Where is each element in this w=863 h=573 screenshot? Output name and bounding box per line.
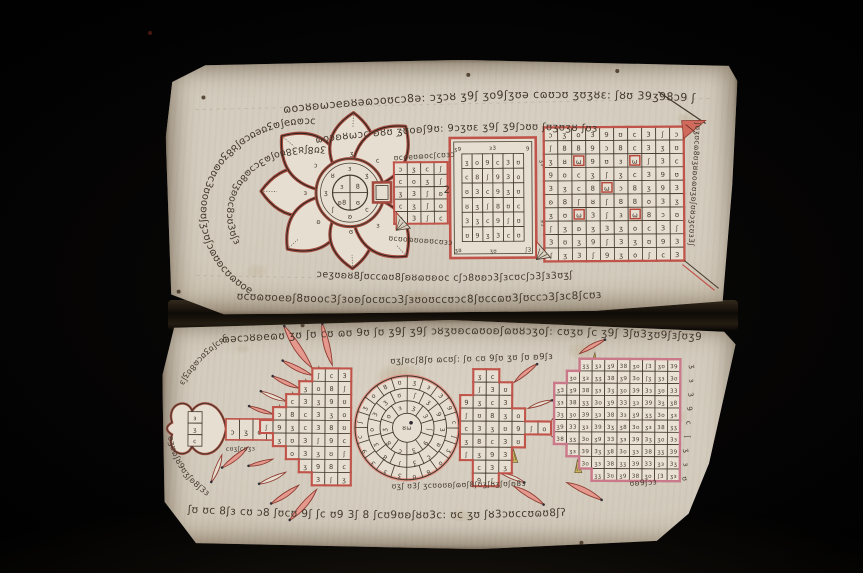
cell-glyph: ʒ	[412, 165, 416, 173]
corner-diagonal	[684, 260, 718, 288]
cell-glyph: ɔ	[619, 184, 623, 192]
cell-glyph: ʃ	[425, 202, 429, 210]
cell-glyph: ʒɜ	[595, 413, 602, 419]
cell-glyph: ɔ	[314, 161, 318, 169]
cell-glyph: o	[317, 385, 321, 393]
top-art-root: ɜɔʒcʚɞɜɜʒɞcʚʃʒȣɜ8ʚ8ɞɔʒcʃcoʒʃʒ3ʃʚcʒʃoʚ3ʃc…	[175, 68, 718, 302]
cell-glyph: o	[542, 425, 546, 433]
cell-glyph: ʒʊ	[658, 364, 666, 370]
cell-glyph: ɜ	[619, 211, 623, 219]
cell-glyph: ʒɜ	[620, 437, 627, 443]
cell-glyph: 3ɜ	[670, 437, 677, 443]
cell-glyph: ω	[604, 185, 610, 193]
cell-glyph: o	[475, 160, 479, 167]
cell-glyph: ʒɜ	[670, 474, 677, 480]
cell-glyph: 3ɜ	[620, 413, 627, 419]
cell-glyph: o	[647, 198, 652, 206]
cell-glyph: ʃ	[646, 158, 650, 166]
cell-glyph: 9	[329, 398, 334, 406]
cell-glyph: o	[563, 171, 568, 179]
cell-glyph: ɔ	[675, 131, 679, 139]
cell-glyph: ʃ	[439, 177, 443, 185]
cell-glyph: c	[425, 165, 429, 173]
cell-glyph: 3	[303, 450, 308, 458]
bottom-big-grid: ʒʒʒɜʒ938ʒoʃ3ʒʊ39ʒoʒɜʒʒ38ʒ93oʃʒʒɜ3ʊʒ3ʒ938…	[554, 359, 681, 482]
cell-glyph: 39	[632, 462, 640, 468]
cell-glyph: ʃ	[342, 385, 346, 393]
cell-glyph: ʒʊ	[658, 389, 666, 395]
cell-glyph: 3	[503, 438, 508, 446]
flame-ornament	[512, 362, 539, 383]
cell-glyph: ʒ	[477, 451, 481, 459]
cell-glyph: 3	[316, 424, 321, 432]
cell-glyph: ʒ	[633, 238, 637, 246]
cell-glyph: ɜ	[376, 221, 380, 229]
cell-glyph: 33	[644, 462, 652, 468]
cell-glyph: ʒ8	[620, 425, 628, 431]
cell-glyph: 9	[516, 425, 521, 433]
cell-glyph: ɜ3	[489, 146, 496, 152]
cell-glyph: 3ʒ	[645, 437, 653, 443]
cell-glyph: c	[661, 251, 665, 259]
cell-glyph: ʊ	[680, 476, 689, 482]
cell-glyph: 8	[477, 438, 482, 446]
top-bottom-line1: ɔeʒʊʚȣ8ʃʊccɷʊ8ʃʚȣɷʊʚoc cʃɔ8ʊʚɔ3ʃɜcʊcʃɔ3ʃ…	[316, 267, 573, 284]
bottom-text-line2: ʊʒʃʊcʃ8ʃʊ ɷcʊʃ: ʃʊ cʊ 9ʃʊ ʒʊ ʃʊ ʚ9ʃɜ	[390, 351, 553, 367]
cell-glyph: 8	[647, 211, 652, 219]
cell-glyph: 38	[607, 461, 615, 467]
cell-glyph: c	[490, 438, 494, 446]
cell-glyph: c	[647, 224, 651, 232]
flame-shape	[248, 404, 273, 417]
cell-glyph: 3o	[581, 461, 589, 467]
cell-glyph: ω	[632, 211, 638, 219]
dust-speck	[148, 31, 152, 35]
cell-glyph: 8	[329, 463, 334, 471]
cell-glyph: ʒ	[503, 464, 507, 472]
cell-glyph: c	[507, 232, 511, 239]
cell-glyph: ʒ	[478, 373, 482, 381]
cell-glyph: 8	[329, 424, 334, 432]
cell-glyph: c	[465, 174, 469, 181]
cell-glyph: ʃ	[477, 386, 481, 394]
cell-glyph: ʃ	[316, 437, 320, 445]
flame-shape	[209, 455, 226, 484]
cell-glyph: ʒȣ	[455, 248, 463, 254]
cell-glyph: ʊ	[342, 398, 346, 406]
cell-glyph: 3	[475, 189, 479, 196]
stepped-block-a: ʃc3ʒo8ʃc3ʒ9ʊɔ8c3ʒoʃ9ʒc38ʊʒʊ3ʃ9co3ʒʊʃʒ98c…	[260, 368, 352, 485]
cell-glyph: ʒ9	[632, 413, 640, 419]
cell-glyph: 3	[577, 252, 582, 260]
cell-glyph: ʒ	[549, 158, 553, 166]
top-margin-run: ʃʊʒʊcɷ8ʊʒȣʚoɷʊʒʚʃʊȣɔʒcʊɜ3ʃ	[686, 121, 704, 246]
cell-glyph: 8	[329, 385, 334, 393]
cell-glyph: ɜ	[304, 189, 308, 197]
cell-glyph: ɜ	[619, 158, 623, 166]
top-text-line1-run: ɷoɔȣʚωɔeʚȣəɷɔoʊcɔ8ə: ɔʒɔȣ ʒ9ʃ ʒo9ʃʒʊə cɷ…	[282, 87, 696, 116]
cell-glyph: 3	[303, 398, 308, 406]
flame-ornament	[247, 404, 273, 417]
cell-glyph: ʃ	[605, 198, 609, 206]
cell-glyph: ʒ	[647, 184, 651, 192]
cell-glyph: 3	[506, 159, 510, 166]
cell-glyph: 3	[605, 225, 610, 233]
cell-glyph: 3ʊ	[670, 376, 678, 382]
cell-glyph: 9	[496, 174, 500, 181]
cell-glyph: 3	[303, 437, 308, 445]
cell-glyph: 8	[496, 203, 500, 210]
cell-glyph: ʊ	[674, 144, 679, 152]
cell-glyph: ʊ	[506, 203, 510, 210]
cell-glyph: ʒ	[619, 251, 623, 259]
cell-glyph: ʒo	[620, 388, 628, 394]
cell-glyph: 8	[633, 198, 638, 206]
cell-glyph: 2	[444, 185, 451, 196]
cell-glyph: 9	[661, 238, 666, 246]
cell-glyph: c	[399, 202, 403, 210]
flame-ornament	[566, 478, 603, 503]
cell-glyph: ʒ	[324, 189, 328, 197]
cell-glyph: c	[577, 185, 581, 193]
cell-glyph: ʊ	[618, 131, 623, 139]
cell-glyph: ʒ	[619, 171, 623, 179]
top-text-line1: ɷoɔȣʚωɔeʚȣəɷɔoʊcɔ8ə: ɔʒɔȣ ʒ9ʃ ʒo9ʃʒʊə cɷ…	[282, 87, 696, 116]
cell-glyph: c	[193, 438, 197, 445]
cell-glyph: ʒo	[569, 376, 577, 382]
cell-glyph: ɜ	[348, 165, 352, 173]
cell-glyph: ʒ9	[569, 388, 577, 394]
cell-glyph: 3	[646, 144, 651, 152]
flame-ornament	[208, 455, 225, 484]
cell-glyph: 3o	[594, 400, 602, 406]
cell-glyph: ʚ8	[337, 199, 346, 207]
cell-glyph: ʊ	[516, 159, 520, 166]
cell-glyph: ʊ	[647, 238, 652, 246]
cell-glyph: c	[577, 171, 581, 179]
cell-glyph: 3	[412, 190, 417, 198]
cell-glyph: ʒʒ	[670, 425, 677, 431]
bottom-handle-sublabel-run: cʊʒʃcʊʒɜ	[226, 445, 256, 453]
cell-glyph: ʃ	[549, 252, 553, 260]
cell-glyph: c	[496, 160, 500, 167]
cell-glyph: ʊ	[675, 171, 680, 179]
cell-glyph: ʃ	[438, 165, 442, 173]
cell-glyph: ʚ	[316, 218, 321, 226]
cell-glyph: ʃ	[548, 145, 552, 153]
cell-glyph: ʒ	[425, 178, 429, 186]
cell-glyph: ʒ	[317, 398, 321, 406]
cell-glyph: ʒɜ	[633, 401, 640, 407]
cell-glyph: ɔ	[399, 165, 403, 173]
cell-glyph: o	[342, 411, 346, 419]
cell-glyph: ʊ	[605, 158, 610, 166]
cell-glyph: 9	[590, 158, 595, 166]
cell-glyph: ω	[576, 158, 582, 166]
cell-glyph: ʒ	[591, 225, 595, 233]
cell-glyph: 3o	[632, 425, 640, 431]
cell-glyph: 3ʒ	[557, 412, 565, 418]
cell-glyph: ɔ	[605, 144, 609, 152]
cell-glyph: 39	[582, 413, 590, 419]
cell-glyph: ȣ	[563, 158, 568, 166]
cell-glyph: 9	[476, 233, 480, 240]
cell-glyph: 9	[685, 406, 694, 412]
cell-glyph: ʃ	[605, 211, 609, 219]
cell-glyph: 8	[618, 144, 623, 152]
cell-glyph: ʚ	[577, 225, 582, 233]
flame-ornament	[271, 373, 300, 391]
cell-glyph: 3	[675, 238, 680, 246]
cell-glyph: 8	[290, 411, 295, 419]
flame-shape	[512, 362, 539, 383]
cell-glyph: ʒ9	[620, 376, 628, 382]
cell-glyph: ω	[576, 212, 582, 220]
cell-glyph: ʒ	[478, 399, 482, 407]
cell-glyph: ʃ	[660, 131, 664, 139]
cell-glyph: ʒ	[330, 411, 334, 419]
cell-glyph: 8	[576, 145, 581, 153]
cell-glyph: ʊ	[563, 238, 568, 246]
cell-glyph: o	[412, 178, 416, 186]
cell-glyph: ʒ	[476, 218, 480, 225]
small-grid: ɔʒcʃcoʒʃʒ3ʃʚcʒʃoʚ3ʃc	[394, 162, 448, 224]
cell-glyph: ʒ	[563, 252, 567, 260]
cell-glyph: ɞ	[349, 228, 354, 236]
cell-glyph: 38	[657, 425, 665, 431]
cell-glyph: c	[342, 463, 346, 471]
cell-glyph: ʒʒ	[582, 364, 589, 370]
cell-glyph: ʒ	[464, 438, 468, 446]
cell-glyph: 9	[316, 463, 321, 471]
cell-glyph: ʃ	[683, 434, 692, 439]
cell-glyph: c	[486, 189, 490, 196]
cell-glyph: 3	[412, 215, 417, 223]
cell-glyph: ʒ	[682, 448, 691, 454]
cell-glyph: 9	[591, 238, 596, 246]
cell-glyph: o	[290, 450, 294, 458]
cell-glyph: ʒ	[244, 428, 248, 436]
cell-glyph: ʃ	[464, 412, 468, 420]
cell-glyph: c	[330, 372, 334, 380]
cell-glyph: ʃ	[464, 451, 468, 459]
cell-glyph: 33	[670, 389, 678, 395]
cell-glyph: ʊ	[503, 425, 507, 433]
cell-glyph: ʒɜ	[595, 364, 602, 370]
cell-glyph: c	[633, 131, 637, 139]
stepped-block-b: ʒcʃ3ʊ9ʒc3ʃʊ8ʒoc3ʒʊ9ʃoʒ8c3ʊʃʒ93c3ʒ9ʃ	[460, 369, 552, 486]
edge-smudge	[177, 290, 181, 294]
cell-glyph: ʒʒ	[595, 376, 602, 382]
edge-smudge	[579, 541, 583, 545]
cell-glyph: 3ʒ	[607, 388, 615, 394]
cell-glyph: 3	[316, 411, 321, 419]
cell-glyph: ʒ9	[557, 425, 565, 431]
cell-glyph: ʒo	[569, 412, 577, 418]
cell-glyph: 8	[562, 145, 567, 153]
cell-glyph: 3o	[632, 376, 640, 382]
cell-glyph: ʃ	[316, 372, 320, 380]
cell-glyph: ʃ	[549, 225, 553, 233]
cell-glyph: ʒʒ	[569, 437, 576, 443]
cell-glyph: ʒ	[486, 233, 490, 240]
cell-glyph: ʒɜ	[645, 425, 652, 431]
cell-glyph: ʒ9	[594, 437, 602, 443]
bottom-handle-sublabel: cʊʒʃcʊʒɜ	[226, 445, 256, 453]
cell-glyph: ȣ	[591, 198, 596, 206]
cell-glyph: c	[399, 178, 403, 186]
cell-glyph: o	[369, 427, 376, 431]
bottom-arc-top-text: ʒȣɔʃʊʒʊcɷ8ʊʒʃɜ	[178, 333, 231, 387]
cell-glyph: 8	[591, 185, 596, 193]
cell-glyph: 39	[645, 401, 653, 407]
top-page-illustration: ɜɔʒcʚɞɜɜʒɞcʚʃʒȣɜ8ʚ8ɞɔʒcʃcoʒʃʒ3ʃʚcʒʃoʚ3ʃc…	[165, 58, 739, 314]
cell-glyph: 3	[503, 451, 508, 459]
cell-glyph: 3	[661, 224, 666, 232]
bottom-right-label-run: ʊʚ9ʃɔɜ	[629, 477, 657, 488]
cell-glyph: 38	[607, 413, 615, 419]
cell-glyph: ʒɜ	[582, 425, 589, 431]
cell-glyph: 3	[661, 198, 666, 206]
cell-glyph: 3	[549, 185, 554, 193]
cell-glyph: ʃʒ	[645, 376, 652, 382]
ink-smudge	[409, 421, 413, 425]
cell-glyph: ʃ	[329, 476, 333, 484]
cell-glyph: 3	[343, 372, 348, 380]
edge-smudge	[466, 73, 470, 77]
cell-glyph: ʒɜ	[569, 449, 576, 455]
cell-glyph: ʃ	[425, 190, 429, 198]
cell-glyph: ʒ9	[454, 147, 462, 153]
cell-glyph: 3	[675, 184, 680, 192]
cell-glyph: c	[633, 144, 637, 152]
cell-glyph: ʒɜ	[632, 449, 639, 455]
cell-glyph: ʒ	[399, 190, 403, 198]
cell-glyph: ʊ	[477, 412, 481, 420]
flame-shape	[269, 485, 301, 506]
cell-glyph: 3	[503, 399, 508, 407]
manuscript-top-page: ɜɔʒcʚɞɜɜʒɞcʚʃʒȣɜ8ʚ8ɞɔʒcʃcoʒʃʒ3ʃʚcʒʃoʚ3ʃc…	[165, 58, 739, 314]
cell-glyph: ʒʒ	[619, 462, 626, 468]
cell-glyph: ʒɜ	[557, 400, 564, 406]
cell-glyph: ȣ	[465, 203, 469, 210]
flame-shape	[247, 459, 273, 468]
cell-glyph: ȣ	[331, 172, 335, 180]
cell-glyph: 9	[485, 160, 489, 167]
cell-glyph: 3ʒ	[670, 462, 678, 468]
bottom-right-label: ʊʚ9ʃɔɜ	[629, 477, 657, 488]
cell-glyph: ʊ	[517, 218, 521, 225]
cell-glyph: ʒʒ	[582, 400, 589, 406]
cell-glyph: ʒ	[465, 160, 469, 167]
cell-glyph: c	[304, 424, 308, 432]
cell-glyph: c	[491, 399, 495, 407]
cell-glyph: c	[291, 398, 295, 406]
cell-glyph: ʊ	[517, 232, 521, 239]
cell-glyph: ʒ	[549, 212, 553, 220]
cell-glyph: ɔ	[231, 428, 235, 436]
cell-glyph: ʃ3	[524, 248, 531, 254]
cell-glyph: ʒ	[277, 437, 281, 445]
cell-glyph: ɜ	[681, 462, 690, 467]
cell-glyph: ʊ	[342, 424, 346, 432]
cell-glyph: 3	[496, 233, 500, 240]
flame-shape	[259, 389, 286, 405]
cell-glyph: ʒ	[193, 427, 197, 434]
cell-glyph: ʊ	[290, 437, 294, 445]
flame-shape	[527, 399, 553, 409]
flame-ornament	[247, 459, 274, 468]
cell-glyph: 3ʒ	[594, 449, 602, 455]
cell-glyph: ʊ	[504, 386, 508, 394]
cell-glyph: ʚ	[439, 190, 444, 198]
cell-glyph: 3ʒ	[657, 401, 665, 407]
cell-glyph: 3	[647, 171, 652, 179]
cell-glyph: ʒ	[365, 172, 369, 180]
cell-glyph: ʃ	[591, 252, 595, 260]
cell-glyph: ɞ	[356, 199, 361, 207]
cell-glyph: ʒ	[563, 185, 567, 193]
cell-glyph: ω	[632, 158, 638, 166]
cell-glyph: 3	[438, 428, 445, 432]
flame-ornament	[259, 388, 286, 404]
cell-glyph: ʃ	[529, 425, 533, 433]
cell-glyph: 3	[490, 386, 495, 394]
photo-backdrop: ɜɔʒcʚɞɜɜʒɞcʚʃʒȣɜ8ʚ8ɞɔʒcʃcoʒʃʒ3ʃʚcʒʃoʚ3ʃc…	[0, 0, 863, 573]
cell-glyph: ʒɜ	[595, 388, 602, 394]
cell-glyph: 39	[594, 425, 602, 431]
cell-glyph: ʒ9	[607, 400, 615, 406]
cell-glyph: ʃ3	[645, 364, 652, 370]
cell-glyph: ʊ	[465, 189, 469, 196]
cell-glyph: ʒ9	[619, 474, 627, 480]
cell-glyph: ɔ	[278, 411, 282, 419]
flame-shape	[566, 478, 603, 503]
cell-glyph: c	[684, 420, 693, 426]
cell-glyph: 38	[607, 376, 615, 382]
cell-glyph: ʒ3	[557, 388, 565, 394]
cell-glyph: 9	[661, 184, 666, 192]
cell-glyph: ʒ	[490, 425, 494, 433]
cell-glyph: 3	[591, 211, 596, 219]
cell-glyph: o	[633, 225, 638, 233]
edge-smudge	[168, 517, 172, 521]
cell-glyph: 38	[644, 449, 652, 455]
cell-glyph: ʒ	[412, 202, 416, 210]
cell-glyph: c	[376, 156, 380, 164]
cell-glyph: ʃ	[605, 171, 609, 179]
cell-glyph: 9	[277, 424, 282, 432]
cell-glyph: c	[477, 464, 481, 472]
big-grid: ɔʒo39ʊc3ʃɔʃ889ɔ8c3ʒʊʒȣω9ʊɜωʃ3c9ocʒʃʒc39ʊ…	[544, 127, 685, 262]
cell-glyph: 39	[670, 450, 678, 456]
cell-glyph: 3	[316, 476, 321, 484]
cell-glyph: 3	[619, 238, 624, 246]
cell-glyph: o	[439, 202, 443, 210]
cell-glyph: 39	[632, 437, 640, 443]
cell-glyph: ɔ	[661, 211, 665, 219]
cell-glyph: ʒ	[476, 203, 480, 210]
cell-glyph: 3	[660, 157, 665, 165]
cell-glyph: 9	[329, 437, 334, 445]
cell-glyph: ʒ	[342, 476, 346, 484]
cell-glyph: 3o	[657, 413, 665, 419]
cell-glyph: ʚ	[348, 213, 353, 221]
cell-glyph: 39	[670, 364, 678, 370]
cell-glyph: ʒʒ	[657, 450, 664, 456]
cell-glyph: o	[516, 174, 520, 181]
top-bottom-line1-run: ɔeʒʊʚȣ8ʃʊccɷʊ8ʃʚȣɷʊʚoc cʃɔ8ʊʚɔ3ʃɜcʊcʃɔ3ʃ…	[316, 267, 573, 284]
